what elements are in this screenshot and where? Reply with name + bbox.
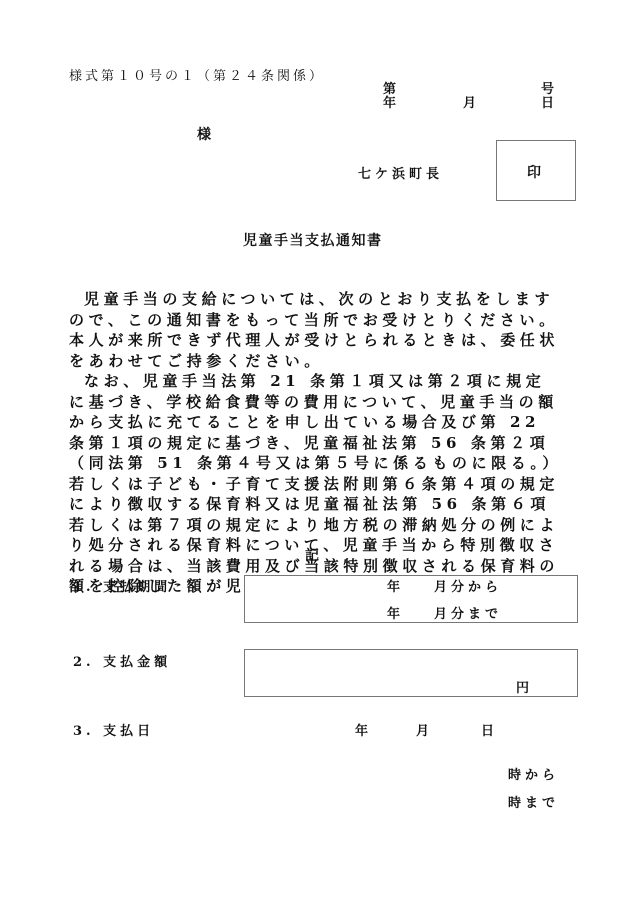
period-to-year: 年 xyxy=(387,603,404,622)
payment-date-label: 3. 支払日 xyxy=(73,720,154,739)
issue-date-day: 日 xyxy=(541,97,554,111)
payment-amount-box[interactable]: 円 xyxy=(244,649,578,697)
issue-date-year: 年 xyxy=(383,97,396,111)
document-number-suffix: 号 xyxy=(541,83,554,97)
document-number-prefix: 第 xyxy=(383,83,396,97)
document-title: 児童手当支払通知書 xyxy=(243,230,383,250)
addressee-name-field[interactable] xyxy=(69,124,194,140)
addressee-suffix: 様 xyxy=(197,124,211,144)
form-number-label: 様式第１０号の１（第２４条関係） xyxy=(69,65,325,84)
payment-time-from: 時から xyxy=(508,764,559,783)
period-from-year: 年 xyxy=(387,576,404,595)
payment-time-to: 時まで xyxy=(508,792,559,811)
notice-paragraph-1: 児童手当の支給については、次のとおり支払をしますので、この通知書をもって当所でお… xyxy=(69,289,559,371)
payment-date-year: 年 xyxy=(355,720,372,739)
payment-amount-label: 2. 支払金額 xyxy=(73,651,171,670)
issuer-name: 七ケ浜町長 xyxy=(358,163,443,182)
payment-date-day: 日 xyxy=(481,720,498,739)
payment-date-month: 月 xyxy=(416,720,433,739)
period-from-month: 月分から xyxy=(434,576,502,595)
document-number-field[interactable] xyxy=(400,83,538,97)
issue-date-month: 月 xyxy=(463,97,476,111)
amount-unit: 円 xyxy=(516,677,533,696)
period-to-month: 月分まで xyxy=(434,603,502,622)
seal-box: 印 xyxy=(496,140,576,201)
payment-period-box[interactable]: 年 月分から 年 月分まで xyxy=(244,575,578,623)
note-heading: 記 xyxy=(305,545,319,565)
seal-label: 印 xyxy=(527,162,541,182)
payment-period-label: 1. 支払期間 xyxy=(73,576,171,595)
